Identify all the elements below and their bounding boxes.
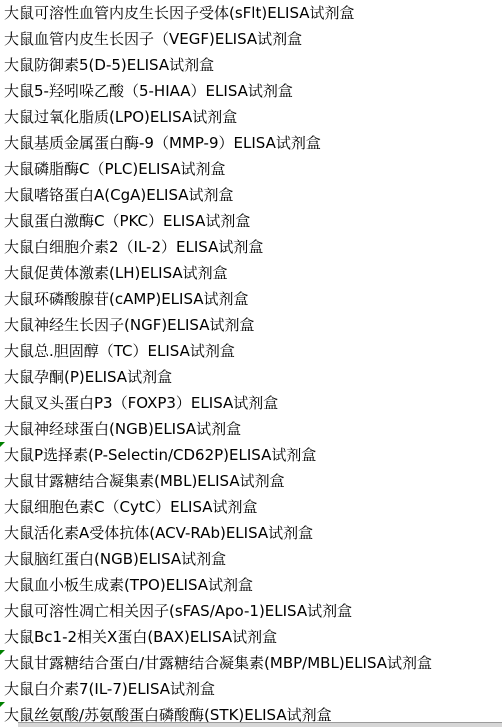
- product-name: 大鼠可溶性凋亡相关因子(sFAS/Apo-1)ELISA试剂盒: [4, 598, 352, 624]
- list-item[interactable]: 大鼠总.胆固醇（TC）ELISA试剂盒: [0, 338, 502, 364]
- list-item[interactable]: 大鼠可溶性血管内皮生长因子受体(sFlt)ELISA试剂盒: [0, 0, 502, 26]
- list-item[interactable]: 大鼠孕酮(P)ELISA试剂盒: [0, 364, 502, 390]
- product-name: 大鼠血管内皮生长因子（VEGF)ELISA试剂盒: [4, 26, 302, 52]
- product-name: 大鼠5-羟吲哚乙酸（5-HIAA）ELISA试剂盒: [4, 78, 293, 104]
- product-name: 大鼠脑红蛋白(NGB)ELISA试剂盒: [4, 546, 226, 572]
- list-item[interactable]: 大鼠活化素A受体抗体(ACV-RAb)ELISA试剂盒: [0, 520, 502, 546]
- product-name: 大鼠活化素A受体抗体(ACV-RAb)ELISA试剂盒: [4, 520, 313, 546]
- list-item[interactable]: 大鼠脑红蛋白(NGB)ELISA试剂盒: [0, 546, 502, 572]
- product-name: 大鼠基质金属蛋白酶-9（MMP-9）ELISA试剂盒: [4, 130, 321, 156]
- list-item[interactable]: 大鼠细胞色素C（CytC）ELISA试剂盒: [0, 494, 502, 520]
- product-name: 大鼠促黄体激素(LH)ELISA试剂盒: [4, 260, 228, 286]
- product-name: 大鼠可溶性血管内皮生长因子受体(sFlt)ELISA试剂盒: [4, 0, 355, 26]
- list-item[interactable]: 大鼠神经球蛋白(NGB)ELISA试剂盒: [0, 416, 502, 442]
- product-name: 大鼠血小板生成素(TPO)ELISA试剂盒: [4, 572, 253, 598]
- product-name: 大鼠防御素5(D-5)ELISA试剂盒: [4, 52, 214, 78]
- product-name: 大鼠叉头蛋白P3（FOXP3）ELISA试剂盒: [4, 390, 278, 416]
- product-name: 大鼠总.胆固醇（TC）ELISA试剂盒: [4, 338, 235, 364]
- product-list-sheet: 大鼠可溶性血管内皮生长因子受体(sFlt)ELISA试剂盒 大鼠血管内皮生长因子…: [0, 0, 502, 727]
- list-item[interactable]: 大鼠5-羟吲哚乙酸（5-HIAA）ELISA试剂盒: [0, 78, 502, 104]
- product-name: 大鼠细胞色素C（CytC）ELISA试剂盒: [4, 494, 258, 520]
- list-item[interactable]: 大鼠可溶性凋亡相关因子(sFAS/Apo-1)ELISA试剂盒: [0, 598, 502, 624]
- list-item[interactable]: 大鼠叉头蛋白P3（FOXP3）ELISA试剂盒: [0, 390, 502, 416]
- product-name: 大鼠孕酮(P)ELISA试剂盒: [4, 364, 172, 390]
- list-item[interactable]: 大鼠磷脂酶C（PLC)ELISA试剂盒: [0, 156, 502, 182]
- product-name: 大鼠P选择素(P-Selectin/CD62P)ELISA试剂盒: [4, 442, 316, 468]
- cell-error-flag-icon: [0, 702, 5, 707]
- list-item[interactable]: 大鼠促黄体激素(LH)ELISA试剂盒: [0, 260, 502, 286]
- list-item[interactable]: 大鼠蛋白激酶C（PKC）ELISA试剂盒: [0, 208, 502, 234]
- list-item[interactable]: 大鼠Bc1-2相关X蛋白(BAX)ELISA试剂盒: [0, 624, 502, 650]
- product-name: 大鼠环磷酸腺苷(cAMP)ELISA试剂盒: [4, 286, 249, 312]
- product-name: 大鼠过氧化脂质(LPO)ELISA试剂盒: [4, 104, 237, 130]
- list-item[interactable]: 大鼠环磷酸腺苷(cAMP)ELISA试剂盒: [0, 286, 502, 312]
- product-name: 大鼠白细胞介素2（IL-2）ELISA试剂盒: [4, 234, 263, 260]
- product-name: 大鼠Bc1-2相关X蛋白(BAX)ELISA试剂盒: [4, 624, 277, 650]
- product-name: 大鼠甘露糖结合凝集素(MBL)ELISA试剂盒: [4, 468, 285, 494]
- list-item[interactable]: 大鼠P选择素(P-Selectin/CD62P)ELISA试剂盒: [0, 442, 502, 468]
- list-item[interactable]: 大鼠基质金属蛋白酶-9（MMP-9）ELISA试剂盒: [0, 130, 502, 156]
- list-item[interactable]: 大鼠白细胞介素2（IL-2）ELISA试剂盒: [0, 234, 502, 260]
- list-item[interactable]: 大鼠嗜铬蛋白A(CgA)ELISA试剂盒: [0, 182, 502, 208]
- sheet-bottom-edge: [18, 722, 502, 727]
- list-item[interactable]: 大鼠白介素7(IL-7)ELISA试剂盒: [0, 676, 502, 702]
- list-item[interactable]: 大鼠甘露糖结合蛋白/甘露糖结合凝集素(MBP/MBL)ELISA试剂盒: [0, 650, 502, 676]
- cell-error-flag-icon: [0, 442, 5, 447]
- product-name: 大鼠嗜铬蛋白A(CgA)ELISA试剂盒: [4, 182, 234, 208]
- product-name: 大鼠蛋白激酶C（PKC）ELISA试剂盒: [4, 208, 250, 234]
- list-item[interactable]: 大鼠甘露糖结合凝集素(MBL)ELISA试剂盒: [0, 468, 502, 494]
- list-item[interactable]: 大鼠血小板生成素(TPO)ELISA试剂盒: [0, 572, 502, 598]
- list-item[interactable]: 大鼠过氧化脂质(LPO)ELISA试剂盒: [0, 104, 502, 130]
- product-name: 大鼠神经生长因子(NGF)ELISA试剂盒: [4, 312, 255, 338]
- list-item[interactable]: 大鼠防御素5(D-5)ELISA试剂盒: [0, 52, 502, 78]
- product-name: 大鼠神经球蛋白(NGB)ELISA试剂盒: [4, 416, 241, 442]
- product-name: 大鼠白介素7(IL-7)ELISA试剂盒: [4, 676, 215, 702]
- product-name: 大鼠磷脂酶C（PLC)ELISA试剂盒: [4, 156, 226, 182]
- list-item[interactable]: 大鼠血管内皮生长因子（VEGF)ELISA试剂盒: [0, 26, 502, 52]
- product-name: 大鼠甘露糖结合蛋白/甘露糖结合凝集素(MBP/MBL)ELISA试剂盒: [4, 650, 432, 676]
- cell-error-flag-icon: [0, 650, 5, 655]
- list-item[interactable]: 大鼠神经生长因子(NGF)ELISA试剂盒: [0, 312, 502, 338]
